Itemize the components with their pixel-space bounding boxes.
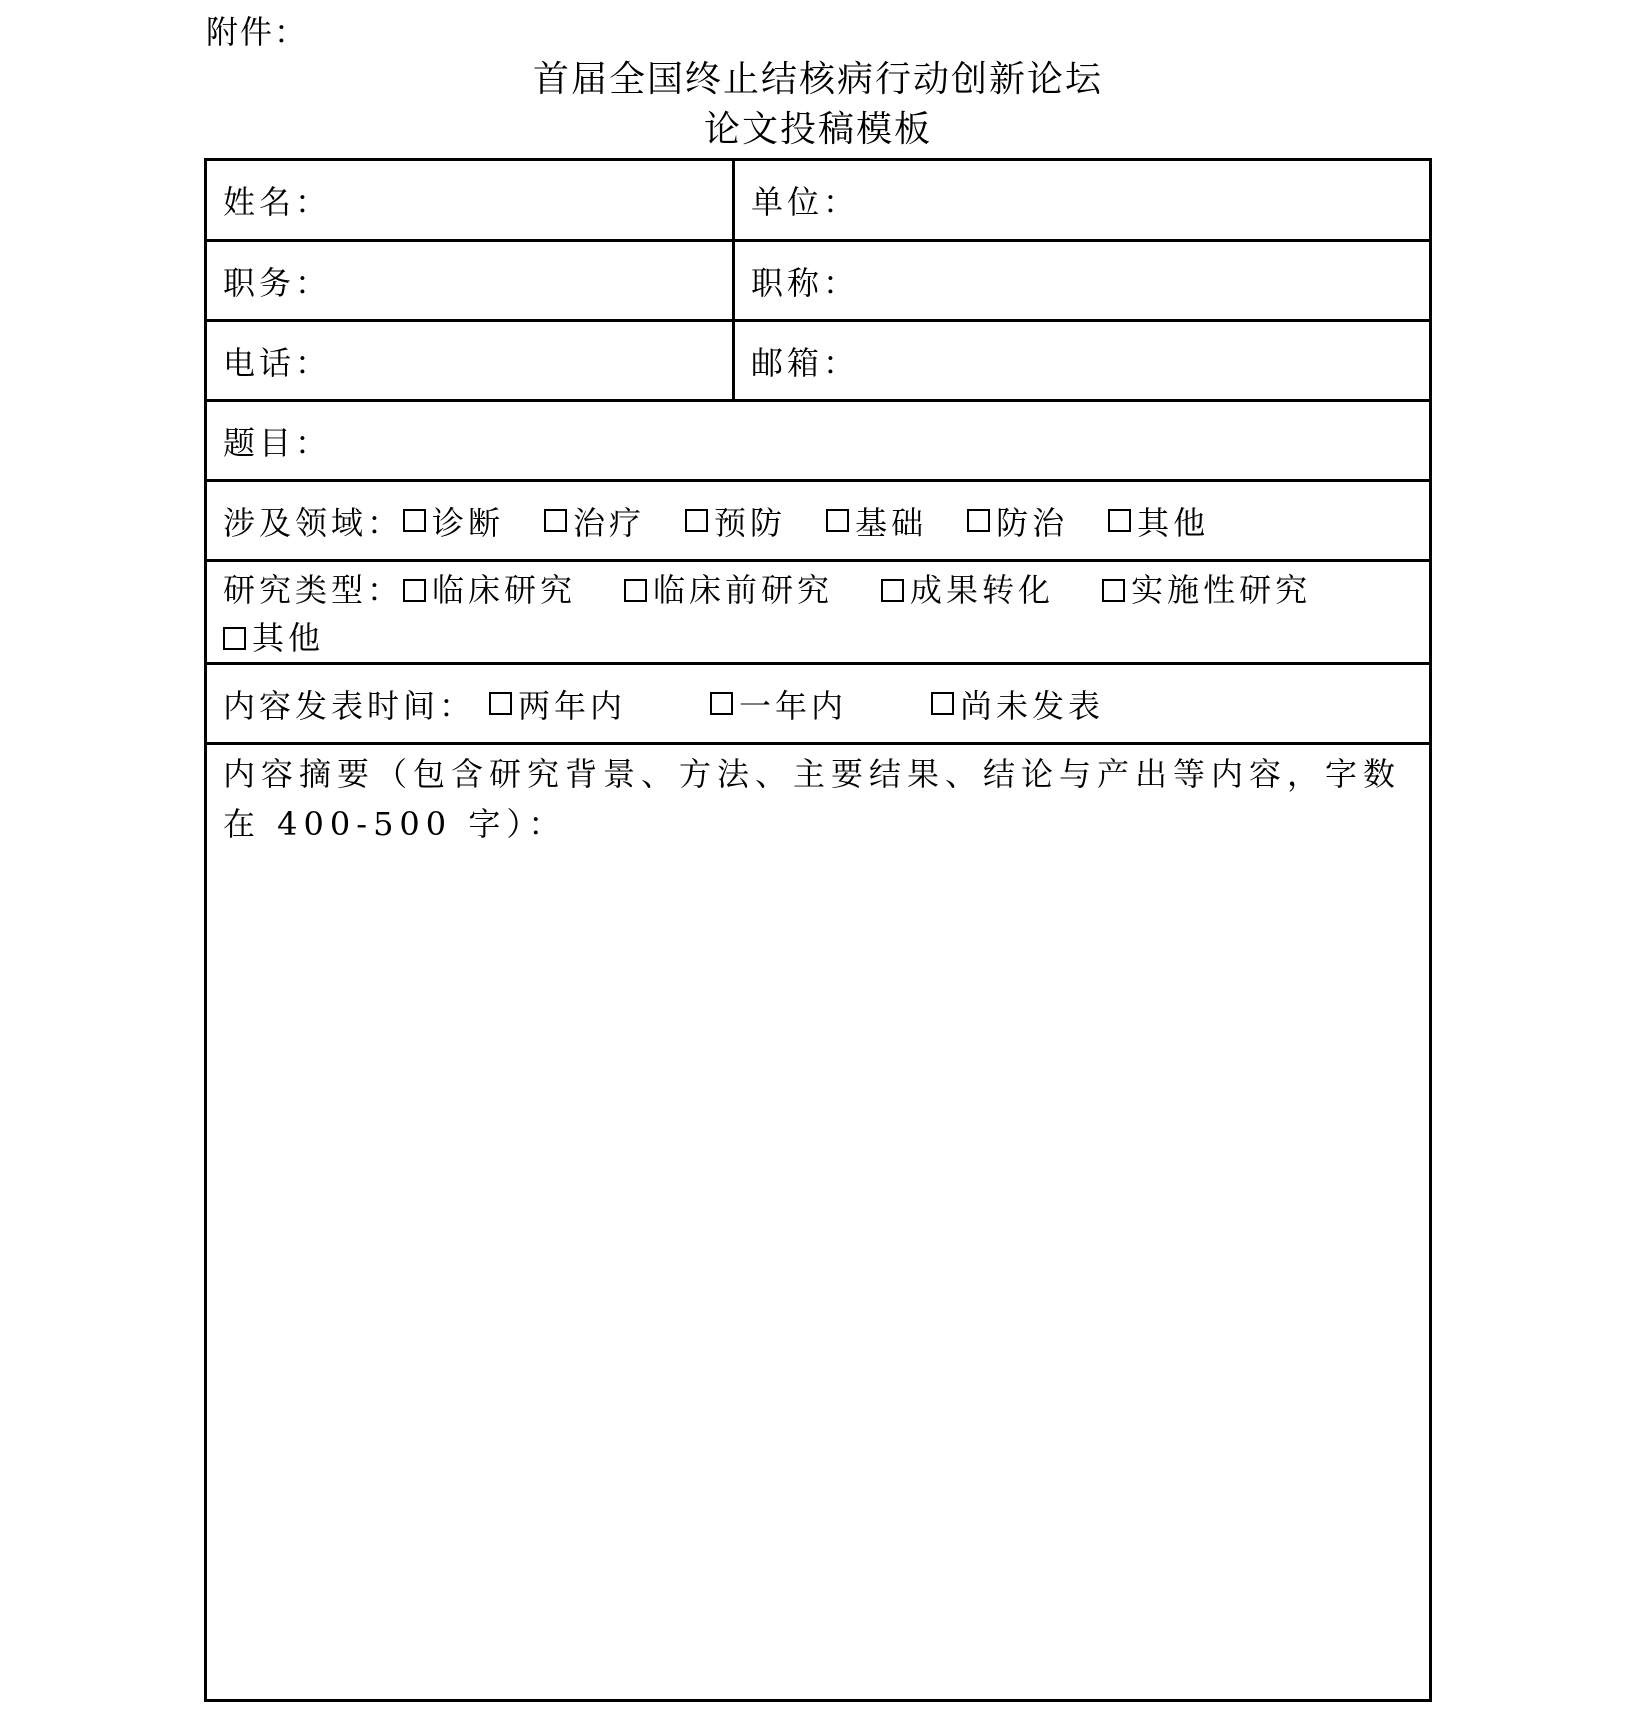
- submission-form-table: 姓名： 单位： 职务： 职称： 电话： 邮箱： 题目： 涉及领域：: [204, 158, 1432, 1702]
- checkbox-icon[interactable]: [685, 509, 708, 532]
- checkbox-icon[interactable]: [403, 579, 426, 602]
- form-row-topic: 题目：: [207, 402, 1429, 482]
- document-title: 首届全国终止结核病行动创新论坛: [204, 58, 1432, 102]
- publication-option-two-years[interactable]: 两年内: [489, 681, 626, 727]
- form-row-position-title: 职务： 职称：: [207, 242, 1429, 322]
- abstract-label-line-1: 内容摘要（包含研究背景、方法、主要结果、结论与产出等内容，字数: [223, 749, 1415, 799]
- checkbox-icon[interactable]: [403, 509, 426, 532]
- option-label: 预防: [714, 498, 786, 544]
- unit-field[interactable]: 单位：: [735, 161, 1429, 239]
- research-type-option-translation[interactable]: 成果转化: [881, 566, 1054, 614]
- checkbox-icon[interactable]: [489, 692, 512, 715]
- field-option-control[interactable]: 防治: [967, 498, 1068, 544]
- research-type-line-2: 其他: [223, 614, 1415, 662]
- option-label: 实施性研究: [1131, 566, 1311, 614]
- form-row-field: 涉及领域： 诊断 治疗 预防 基础: [207, 482, 1429, 562]
- option-label: 成果转化: [910, 566, 1054, 614]
- research-type-line-1: 研究类型： 临床研究 临床前研究 成果转化 实施性研究: [223, 566, 1415, 614]
- publication-time-label: 内容发表时间：: [223, 681, 475, 727]
- research-type-label: 研究类型：: [223, 566, 403, 614]
- publication-option-one-year[interactable]: 一年内: [710, 681, 847, 727]
- research-type-option-other[interactable]: 其他: [223, 614, 324, 662]
- abstract-field[interactable]: 内容摘要（包含研究背景、方法、主要结果、结论与产出等内容，字数 在 400-50…: [223, 749, 1415, 849]
- form-row-research-type: 研究类型： 临床研究 临床前研究 成果转化 实施性研究: [207, 562, 1429, 665]
- checkbox-icon[interactable]: [624, 579, 647, 602]
- topic-label: 题目：: [223, 418, 331, 464]
- research-type-option-implementation[interactable]: 实施性研究: [1102, 566, 1311, 614]
- abstract-label-line-2: 在 400-500 字）：: [223, 799, 1415, 849]
- phone-label: 电话：: [223, 338, 331, 384]
- checkbox-icon[interactable]: [710, 692, 733, 715]
- field-option-prevention[interactable]: 预防: [685, 498, 786, 544]
- position-field[interactable]: 职务：: [207, 242, 735, 319]
- field-cell: 涉及领域： 诊断 治疗 预防 基础: [207, 482, 1429, 559]
- option-label: 诊断: [432, 498, 504, 544]
- attachment-label: 附件：: [206, 12, 308, 52]
- research-type-option-preclinical[interactable]: 临床前研究: [624, 566, 833, 614]
- checkbox-icon[interactable]: [1108, 509, 1131, 532]
- option-label: 两年内: [518, 681, 626, 727]
- email-field[interactable]: 邮箱：: [735, 322, 1429, 399]
- phone-field[interactable]: 电话：: [207, 322, 735, 399]
- research-type-option-clinical[interactable]: 临床研究: [403, 566, 576, 614]
- name-field[interactable]: 姓名：: [207, 161, 735, 239]
- option-label: 防治: [996, 498, 1068, 544]
- checkbox-icon[interactable]: [967, 509, 990, 532]
- option-label: 其他: [1137, 498, 1209, 544]
- option-label: 临床前研究: [653, 566, 833, 614]
- professional-title-field[interactable]: 职称：: [735, 242, 1429, 319]
- name-label: 姓名：: [223, 177, 331, 223]
- field-label: 涉及领域：: [223, 498, 403, 544]
- research-type-cell: 研究类型： 临床研究 临床前研究 成果转化 实施性研究: [223, 566, 1415, 662]
- publication-time-cell: 内容发表时间： 两年内 一年内 尚未发表: [207, 665, 1429, 742]
- email-label: 邮箱：: [751, 338, 859, 384]
- publication-option-unpublished[interactable]: 尚未发表: [931, 681, 1104, 727]
- position-label: 职务：: [223, 258, 331, 304]
- field-option-other[interactable]: 其他: [1108, 498, 1209, 544]
- publication-time-options: 内容发表时间： 两年内 一年内 尚未发表: [223, 681, 1144, 727]
- topic-field[interactable]: 题目：: [207, 402, 1429, 479]
- checkbox-icon[interactable]: [544, 509, 567, 532]
- checkbox-icon[interactable]: [881, 579, 904, 602]
- field-option-treatment[interactable]: 治疗: [544, 498, 645, 544]
- option-label: 临床研究: [432, 566, 576, 614]
- checkbox-icon[interactable]: [826, 509, 849, 532]
- field-options: 涉及领域： 诊断 治疗 预防 基础: [223, 498, 1249, 544]
- form-row-publication-time: 内容发表时间： 两年内 一年内 尚未发表: [207, 665, 1429, 745]
- option-label: 一年内: [739, 681, 847, 727]
- form-row-name-unit: 姓名： 单位：: [207, 161, 1429, 242]
- option-label: 基础: [855, 498, 927, 544]
- field-option-diagnosis[interactable]: 诊断: [403, 498, 504, 544]
- checkbox-icon[interactable]: [931, 692, 954, 715]
- form-row-phone-email: 电话： 邮箱：: [207, 322, 1429, 402]
- field-option-basic[interactable]: 基础: [826, 498, 927, 544]
- option-label: 治疗: [573, 498, 645, 544]
- option-label: 尚未发表: [960, 681, 1104, 727]
- checkbox-icon[interactable]: [1102, 579, 1125, 602]
- checkbox-icon[interactable]: [223, 627, 246, 650]
- form-row-abstract[interactable]: 内容摘要（包含研究背景、方法、主要结果、结论与产出等内容，字数 在 400-50…: [207, 745, 1429, 1699]
- professional-title-label: 职称：: [751, 258, 859, 304]
- unit-label: 单位：: [751, 177, 859, 223]
- option-label: 其他: [252, 614, 324, 662]
- document-subtitle: 论文投稿模板: [204, 108, 1432, 152]
